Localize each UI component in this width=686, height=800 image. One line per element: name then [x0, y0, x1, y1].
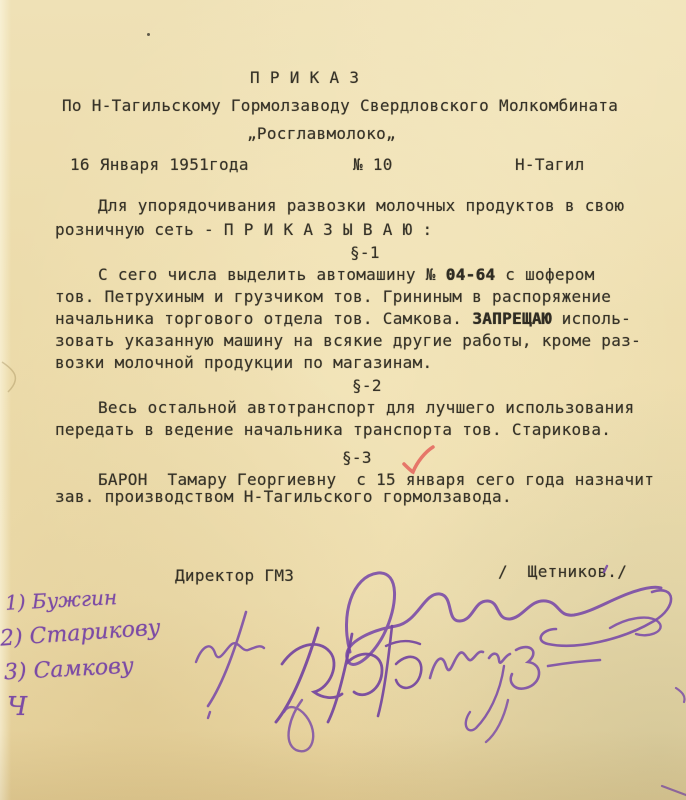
section-1-line-1-pre: С сего числа выделить автомашину №	[98, 265, 446, 284]
preamble-line-2: розничную сеть - П Р И К А З Ы В А Ю :	[55, 220, 432, 239]
paper-speck	[147, 33, 150, 36]
section-1-line-5: возки молочной продукции по магазинам.	[55, 353, 432, 372]
section-1-line-2: тов. Петрухиным и грузчиком тов. Гринины…	[55, 287, 611, 306]
section-2-line-2: передать в ведение начальника транспорта…	[55, 420, 611, 439]
handwritten-note-4: Ч	[7, 692, 27, 722]
organization-line: По Н-Тагильскому Гормолзаводу Свердловск…	[62, 96, 618, 115]
section-2-line-1: Весь остальной автотранспорт для лучшего…	[98, 398, 634, 417]
document-number: № 10	[353, 155, 393, 174]
emphasized-word: ЗАПРЕЩАЮ	[472, 309, 551, 328]
section-1-heading: §-1	[350, 243, 380, 262]
section-1-line-4: зовать указанную машину на всякие другие…	[55, 331, 641, 350]
section-1-line-3: начальника торгового отдела тов. Самкова…	[55, 309, 631, 328]
section-3-heading: §-3	[342, 448, 372, 467]
document-date: 16 Января 1951года	[70, 155, 249, 174]
vehicle-number: 04-64	[446, 265, 496, 284]
signer-name: / Щетников./	[498, 562, 627, 581]
handwritten-note-3: 3) Самкову	[3, 654, 134, 686]
section-1-line-3-pre: начальника торгового отдела тов. Самкова…	[55, 309, 472, 328]
section-1-line-1-post: с шофером	[495, 265, 594, 284]
section-1-line-3-post: исполь-	[552, 309, 631, 328]
document-city: Н-Тагил	[515, 155, 585, 174]
signer-title: Директор ГМЗ	[175, 566, 294, 585]
approval-signature-right	[430, 618, 661, 731]
handwritten-note-2: 2) Старикову	[0, 615, 161, 651]
paper-crease	[2, 362, 15, 392]
approval-signature-large	[276, 626, 421, 722]
organization-name: „Росглавмолоко„	[247, 124, 396, 143]
preamble-line-1: Для упорядочивания развозки молочных про…	[98, 196, 624, 215]
signature-descender-loops	[284, 688, 686, 795]
scanned-order-document: П Р И К А З По Н-Тагильскому Гормолзавод…	[0, 0, 686, 800]
handwritten-note-1: 1) Бужгин	[4, 585, 117, 615]
section-2-heading: §-2	[352, 376, 382, 395]
section-1-line-1: С сего числа выделить автомашину № 04-64…	[98, 265, 595, 284]
approval-signature-diagonal	[196, 612, 264, 718]
section-3-line-2: зав. производством Н-Тагильского гормолз…	[55, 487, 512, 506]
page-title: П Р И К А З	[250, 68, 359, 87]
red-checkmark-icon	[404, 447, 433, 472]
